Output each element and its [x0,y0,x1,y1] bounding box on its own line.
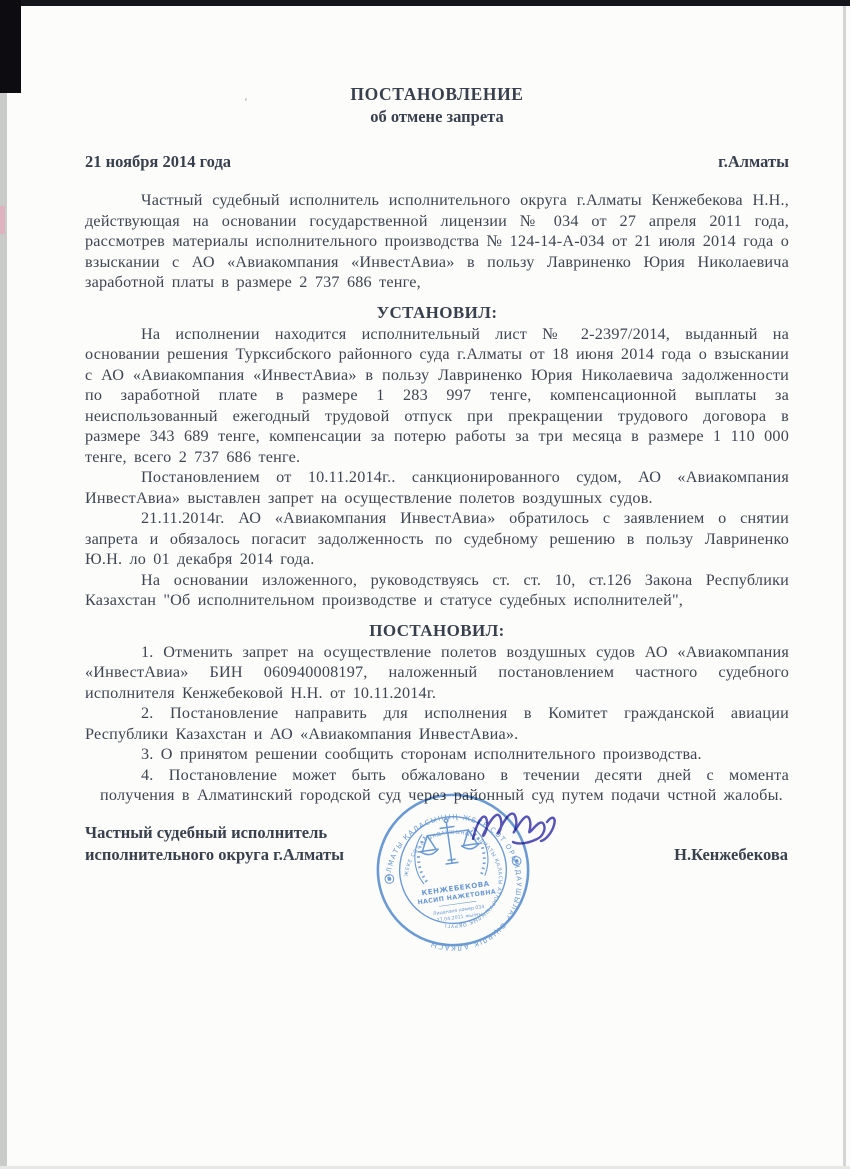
signer-name: Н.Кенжебекова [674,844,788,866]
document-subtitle: об отмене запрета [85,107,789,127]
document-city: г.Алматы [718,152,789,172]
signature-block: Частный судебный исполнитель исполнитель… [85,822,789,866]
handwritten-signature [468,794,576,864]
ustanovil-paragraph-4: На основании изложенного, руководствуясь… [85,570,789,611]
scanned-document-page: ʼ ПОСТАНОВЛЕНИЕ об отмене запрета 21 ноя… [0,0,850,1169]
date-row: 21 ноября 2014 года г.Алматы [85,152,789,172]
document-body: ПОСТАНОВЛЕНИЕ об отмене запрета 21 ноябр… [85,0,789,806]
scan-artifact-pink-mark [0,206,5,234]
document-date: 21 ноября 2014 года [85,152,231,172]
resolution-item-2: 2. Постановление направить для исполнени… [85,703,789,744]
intro-paragraph: Частный судебный исполнитель исполнитель… [85,190,789,293]
ustanovil-paragraph-2: Постановлением от 10.11.2014г.. санкцион… [85,467,789,508]
ustanovil-paragraph-1: На исполнении находится исполнительный л… [85,324,789,468]
scan-edge-top-left-corner [0,0,21,93]
scan-edge-left [0,93,7,1169]
ustanovil-paragraph-3: 21.11.2014г. АО «Авиакомпания ИнвестАвиа… [85,508,789,570]
resolution-item-1: 1. Отменить запрет на осуществление поле… [85,642,789,704]
scan-edge-right [843,6,846,1169]
ustanovil-heading: УСТАНОВИЛ: [85,303,789,323]
resolution-item-3: 3. О принятом решении сообщить сторонам … [85,744,789,765]
signer-title-line2: исполнительного округа г.Алматы [85,844,344,866]
postanovil-heading: ПОСТАНОВИЛ: [85,621,789,641]
document-title: ПОСТАНОВЛЕНИЕ [85,84,789,105]
signer-title-line1: Частный судебный исполнитель [85,822,344,844]
signer-title: Частный судебный исполнитель исполнитель… [85,822,344,866]
